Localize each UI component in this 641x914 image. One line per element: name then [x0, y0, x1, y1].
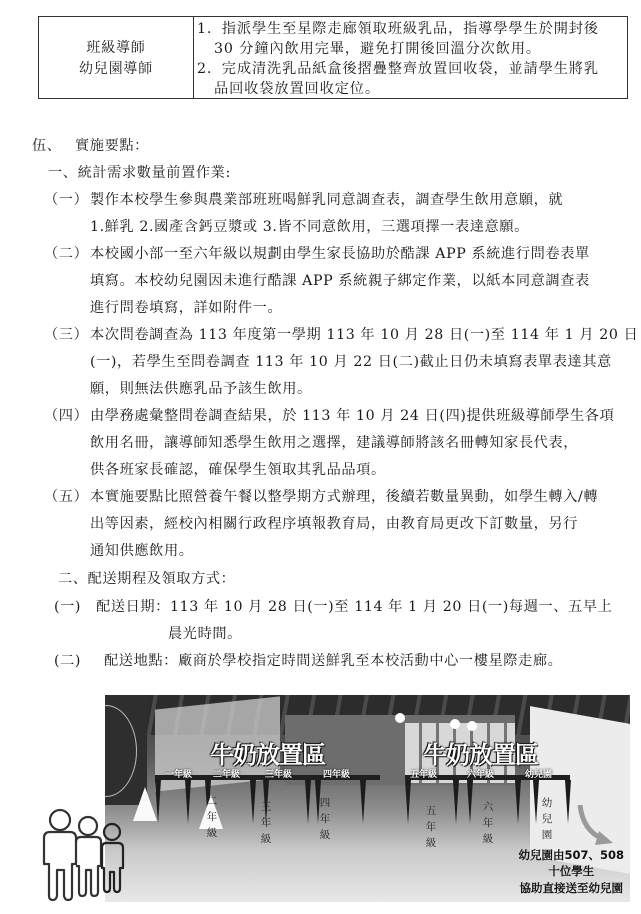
item-marker: （一） [44, 191, 88, 209]
item-4-line-3: 供各班家長確認，確保學生領取其乳品品項。 [90, 461, 386, 479]
table-leg [185, 780, 191, 824]
floor-label-grade-2: 二年級 [206, 793, 218, 841]
subsection-1-heading: 一、統計需求數量前置作業: [48, 164, 231, 182]
table-label: 幼兒園 [525, 767, 552, 780]
table-leg [467, 780, 473, 824]
floor-label-kindergarten: 幼兒園 [541, 795, 553, 843]
milk-area-photo: 牛奶放置區 牛奶放置區 一年級 二年級 三年級 四年級 五年級 六年級 幼兒園 … [105, 695, 630, 902]
table-leg [360, 780, 366, 824]
floor-label-grade-3: 三年級 [260, 799, 272, 847]
section-marker: 伍、 [32, 137, 62, 155]
table-item-2: 2. 完成清洗乳品紙盒後摺疊整齊放置回收袋，並請學生將乳 [197, 58, 599, 78]
item-marker: (一) [54, 598, 81, 616]
item-2-line-1: 本校國小部一至六年級以規劃由學生家長協助於酷課 APP 系統進行問卷表單 [90, 245, 590, 263]
table-label: 一年級 [165, 767, 192, 780]
banner-left: 牛奶放置區 [210, 735, 325, 770]
ceiling-lamp [450, 719, 460, 729]
item-marker: （五） [44, 488, 88, 506]
floor-label-grade-4: 四年級 [319, 795, 331, 843]
item-number: 2. [197, 61, 212, 77]
item-2-line-2: 填寫。本校幼兒園因未進行酷課 APP 系統親子綁定作業，以紙本同意調查表 [90, 272, 590, 290]
table-label: 五年級 [410, 767, 437, 780]
ceiling-lamp [395, 713, 405, 723]
note-line: 十位學生 [518, 863, 624, 880]
table-leg [405, 780, 411, 824]
responsibility-table: 班級導師 幼兒園導師 1. 指派學生至星際走廊領取班級乳品，指導學學生於開封後 … [38, 16, 628, 99]
table-label: 三年級 [265, 767, 292, 780]
item-5-line-1: 本實施要點比照營養午餐以整學期方式辦理，後續若數量異動，如學生轉入/轉 [90, 488, 598, 506]
role-kindergarten-teacher: 幼兒園導師 [39, 58, 193, 78]
table-leg [453, 780, 459, 824]
item-5-line-2: 出等因素，經校內相關行政程序填報教育局，由教育局更改下訂數量，另行 [90, 515, 578, 533]
ceiling-lamp [467, 721, 477, 731]
table-item-1: 1. 指派學生至星際走廊領取班級乳品，指導學學生於開封後 [197, 18, 599, 38]
banner-right: 牛奶放置區 [423, 735, 538, 770]
table-label: 四年級 [323, 767, 350, 780]
item-3-line-1: 本次問卷調查為 113 年度第一學期 113 年 10 月 28 日(一)至 1… [90, 326, 638, 344]
item-marker: (二) [54, 652, 81, 670]
delivery-location: 配送地點：廠商於學校指定時間送鮮乳至本校活動中心一樓星際走廊。 [104, 652, 562, 670]
item-5-line-3: 通知供應飲用。 [90, 542, 194, 560]
floor-label-grade-6: 六年級 [482, 799, 494, 847]
table-leg [565, 780, 571, 824]
section-title: 實施要點： [75, 137, 149, 155]
table-leg [533, 780, 539, 824]
family-people-icon [40, 808, 130, 908]
item-number: 1. [197, 21, 212, 37]
traffic-cone [133, 787, 157, 821]
note-line: 協助直接送至幼兒園 [518, 880, 624, 897]
table-item-2-cont: 品回收袋放置回收定位。 [214, 78, 380, 98]
table-leg [515, 780, 521, 824]
delivery-date-line-2: 晨光時間。 [168, 625, 242, 643]
role-class-teacher: 班級導師 [39, 37, 193, 57]
kindergarten-delivery-note: 幼兒園由507、508 十位學生 協助直接送至幼兒園 [518, 847, 624, 897]
item-marker: （二） [44, 245, 88, 263]
curved-arrow-icon [575, 803, 615, 848]
table-item-1-cont: 30 分鐘內飲用完畢，避免打開後回溫分次飲用。 [214, 38, 541, 58]
table-label: 六年級 [467, 767, 494, 780]
item-1-line-1: 製作本校學生參與農業部班班喝鮮乳同意調查表，調查學生飲用意願，就 [90, 191, 563, 209]
item-marker: （四） [44, 407, 88, 425]
table-leg [250, 780, 256, 824]
table-leg [305, 780, 311, 824]
item-3-line-2: (一)，若學生至問卷調查 113 年 10 月 22 日(二)截止日仍未填寫表單… [90, 353, 612, 371]
item-4-line-1: 由學務處彙整問卷調查結果，於 113 年 10 月 24 日(四)提供班級導師學… [90, 407, 614, 425]
item-2-line-3: 進行問卷填寫，詳如附件一。 [90, 299, 282, 317]
delivery-date-line-1: 配送日期：113 年 10 月 28 日(一)至 114 年 1 月 20 日(… [96, 598, 612, 616]
subsection-2-heading: 二、配送期程及領取方式： [58, 570, 235, 588]
item-4-line-2: 飲用名冊，讓導師知悉學生飲用之選擇，建議導師將該名冊轉知家長代表， [90, 434, 578, 452]
table-divider [193, 17, 194, 98]
table-label: 二年級 [213, 767, 240, 780]
item-marker: （三） [44, 326, 88, 344]
item-3-line-3: 願，則無法供應乳品予該生飲用。 [90, 380, 312, 398]
floor-label-grade-5: 五年級 [425, 803, 437, 851]
item-1-line-2: 1.鮮乳 2.國產含鈣豆漿或 3.皆不同意飲用，三選項擇一表達意願。 [90, 218, 529, 236]
note-line: 幼兒園由507、508 [518, 847, 624, 864]
